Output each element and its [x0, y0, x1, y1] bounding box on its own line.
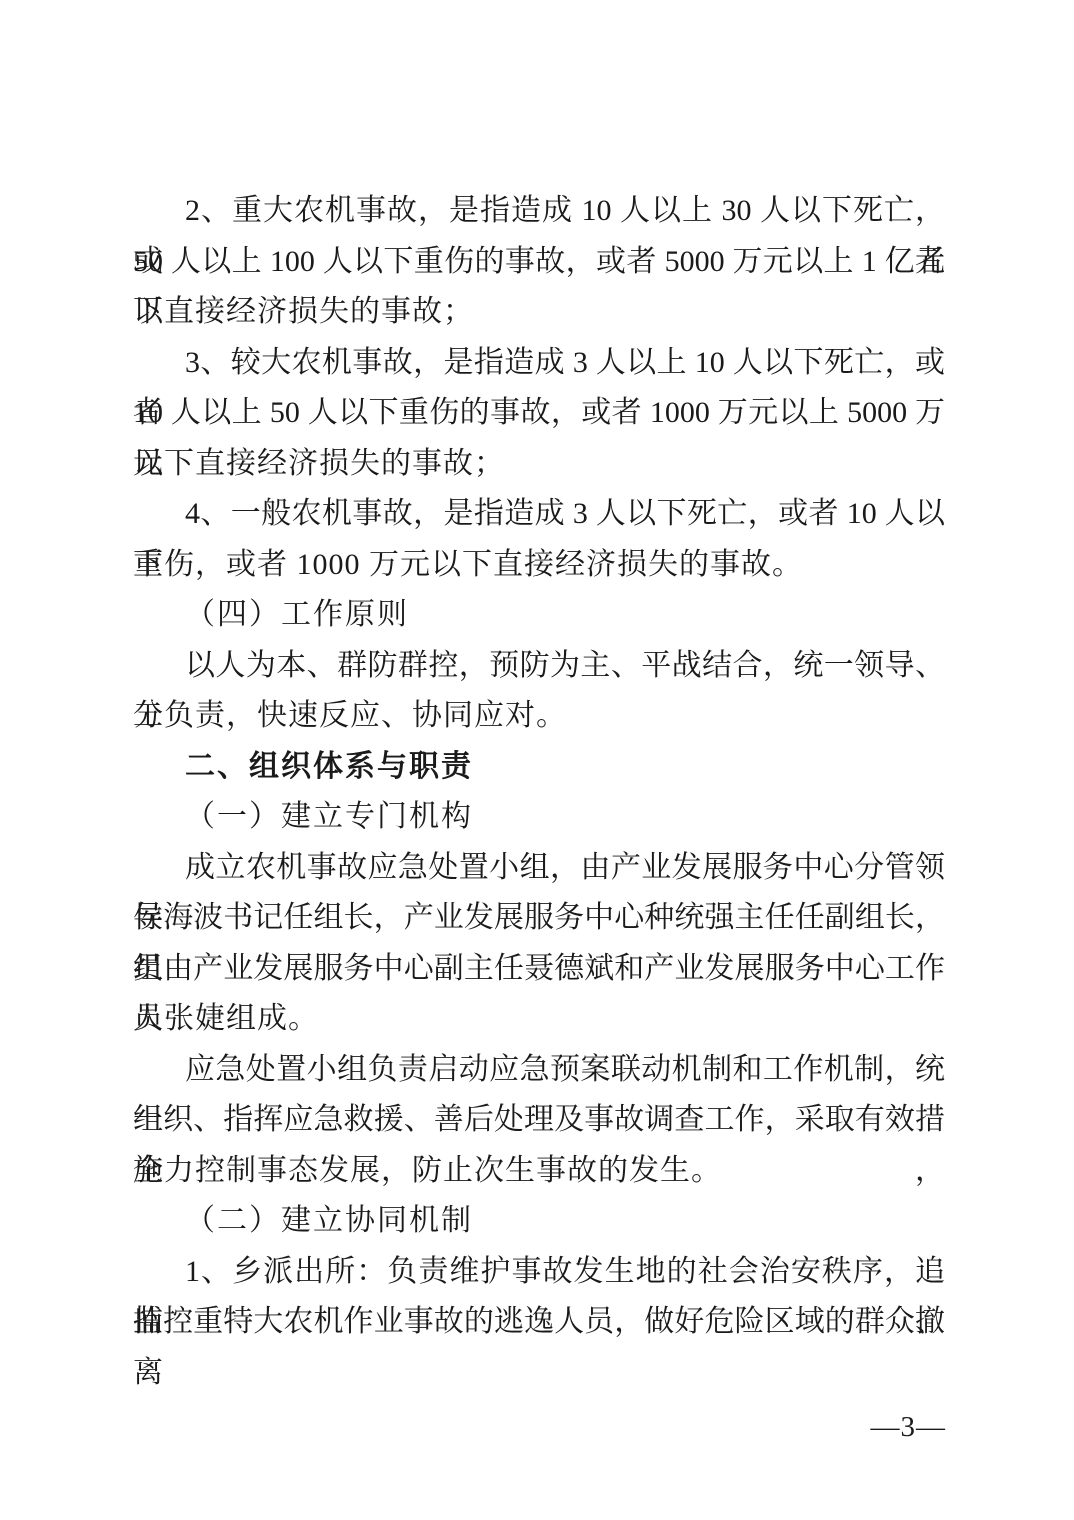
doc-line: 应急处置小组负责启动应急预案联动机制和工作机制，统一: [133, 1045, 945, 1096]
doc-line: 以人为本、群防群控，预防为主、平战结合，统一领导、分: [133, 641, 945, 692]
doc-line: 2、重大农机事故，是指造成 10 人以上 30 人以下死亡，或者: [133, 186, 945, 237]
doc-line: 组织、指挥应急救援、善后处理及事故调查工作，采取有效措施，: [133, 1095, 945, 1146]
doc-line: 10 人以上 50 人以下重伤的事故，或者 1000 万元以上 5000 万元: [133, 388, 945, 439]
doc-line: 侯海波书记任组长，产业发展服务中心种统强主任任副组长，组: [133, 893, 945, 944]
document-page: 2、重大农机事故，是指造成 10 人以上 30 人以下死亡，或者 50 人以上 …: [0, 0, 1074, 1520]
heading-organization-duties: 二、组织体系与职责: [133, 742, 945, 793]
doc-line: 员张婕组成。: [133, 994, 945, 1045]
doc-line: 重伤，或者 1000 万元以下直接经济损失的事故。: [133, 540, 945, 591]
subheading-coordination: （二）建立协同机制: [133, 1196, 945, 1247]
doc-line: 3、较大农机事故，是指造成 3 人以上 10 人以下死亡，或者: [133, 338, 945, 389]
doc-line: 50 人以上 100 人以下重伤的事故，或者 5000 万元以上 1 亿元以: [133, 237, 945, 288]
subheading-work-principles: （四）工作原则: [133, 590, 945, 641]
page-number: —3—: [871, 1410, 947, 1444]
doc-line: 下直接经济损失的事故；: [133, 287, 945, 338]
doc-line: 成立农机事故应急处置小组，由产业发展服务中心分管领导: [133, 843, 945, 894]
doc-line: 1、乡派出所：负责维护事故发生地的社会治安秩序，追捕、: [133, 1247, 945, 1298]
doc-line: 工负责，快速反应、协同应对。: [133, 691, 945, 742]
document-body: 2、重大农机事故，是指造成 10 人以上 30 人以下死亡，或者 50 人以上 …: [133, 186, 945, 1348]
doc-line: 4、一般农机事故，是指造成 3 人以下死亡，或者 10 人以下: [133, 489, 945, 540]
doc-line: 以下直接经济损失的事故；: [133, 439, 945, 490]
doc-line: 监控重特大农机作业事故的逃逸人员，做好危险区域的群众撤离: [133, 1297, 945, 1348]
subheading-special-agency: （一）建立专门机构: [133, 792, 945, 843]
doc-line: 员由产业发展服务中心副主任聂德斌和产业发展服务中心工作人: [133, 944, 945, 995]
